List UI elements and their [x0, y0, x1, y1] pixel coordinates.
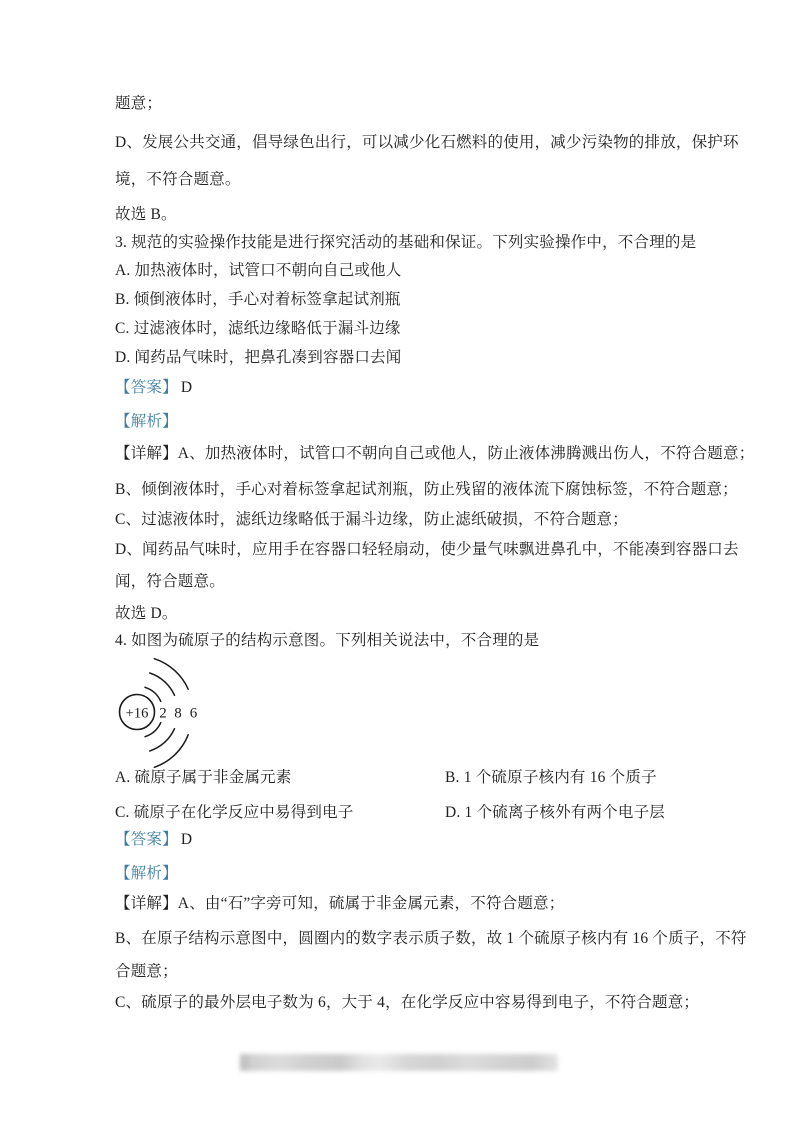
q3-detail-line-d: D、闻药品气味时，应用手在容器口轻轻扇动，使少量气味飘进鼻孔中，不能凑到容器口去	[115, 540, 739, 560]
prev-answer-choice-line: 故选 B。	[115, 205, 177, 225]
q4-detail-line-b: B、在原子结构示意图中，圆圈内的数字表示质子数，故 1 个硫原子核内有 16 个…	[115, 929, 747, 949]
prev-answer-wrap-line: 境，不符合题意。	[115, 170, 241, 190]
question-4-stem: 4. 如图为硫原子的结构示意图。下列相关说法中，不合理的是	[115, 631, 539, 651]
q3-detail-line-c: C、过滤液体时，滤纸边缘略低于漏斗边缘，防止滤纸破损，不符合题意；	[115, 510, 628, 530]
q3-answer-value: D	[181, 379, 192, 396]
q4-detail-line-c: C、硫原子的最外层电子数为 6，大于 4，在化学反应中容易得到电子，不符合题意；	[115, 993, 699, 1013]
prev-answer-option-d-line: D、发展公共交通，倡导绿色出行，可以减少化石燃料的使用，减少污染物的排放，保护环	[115, 133, 739, 153]
q4-detail-line-a: 【详解】A、由“石”字旁可知，硫属于非金属元素，不符合题意；	[115, 894, 564, 914]
q3-option-d: D. 闻药品气味时，把鼻孔凑到容器口去闻	[115, 348, 401, 368]
q4-option-b: B. 1 个硫原子核内有 16 个质子	[445, 768, 657, 788]
q3-option-a: A. 加热液体时，试管口不朝向自己或他人	[115, 261, 401, 281]
q4-answer-value: D	[181, 831, 192, 848]
q3-detail-line-b: B、倾倒液体时，手心对着标签拿起试剂瓶，防止残留的液体流下腐蚀标签，不符合题意；	[115, 480, 738, 500]
q4-analysis-label: 【解析】	[115, 864, 178, 884]
exam-document-page: 题意； D、发展公共交通，倡导绿色出行，可以减少化石燃料的使用，减少污染物的排放…	[0, 0, 793, 1122]
atomic-structure-svg: +16 2 8 6	[110, 656, 225, 770]
q4-option-d: D. 1 个硫离子核外有两个电子层	[445, 803, 665, 823]
prev-answer-tail-line: 题意；	[115, 94, 162, 114]
q3-analysis-label: 【解析】	[115, 412, 178, 432]
q3-detail-line-a: 【详解】A、加热液体时，试管口不朝向自己或他人，防止液体沸腾溅出伤人，不符合题意…	[115, 444, 754, 464]
q3-option-b: B. 倾倒液体时，手心对着标签拿起试剂瓶	[115, 290, 401, 310]
question-3-stem: 3. 规范的实验操作技能是进行探究活动的基础和保证。下列实验操作中，不合理的是	[115, 233, 696, 253]
q3-detail-wrap-line: 闻，符合题意。	[115, 572, 225, 592]
q4-detail-wrap-line: 合题意；	[115, 962, 178, 982]
q4-answer-label: 【答案】	[115, 831, 178, 848]
q4-answer-line: 【答案】D	[115, 830, 192, 850]
shell-3-electron-count: 6	[190, 706, 198, 722]
q3-option-c: C. 过滤液体时，滤纸边缘略低于漏斗边缘	[115, 319, 401, 339]
q4-option-a: A. 硫原子属于非金属元素	[115, 768, 292, 788]
nucleus-charge-label: +16	[126, 706, 149, 722]
sulfur-atom-structure-diagram: +16 2 8 6	[110, 656, 225, 775]
blurred-watermark-bar	[240, 1054, 558, 1071]
shell-2-electron-count: 8	[174, 706, 182, 722]
q3-answer-line: 【答案】D	[115, 378, 192, 398]
q4-option-c: C. 硫原子在化学反应中易得到电子	[115, 803, 354, 823]
q3-answer-label: 【答案】	[115, 379, 178, 396]
shell-1-electron-count: 2	[159, 706, 167, 722]
q3-choice-line: 故选 D。	[115, 604, 178, 624]
